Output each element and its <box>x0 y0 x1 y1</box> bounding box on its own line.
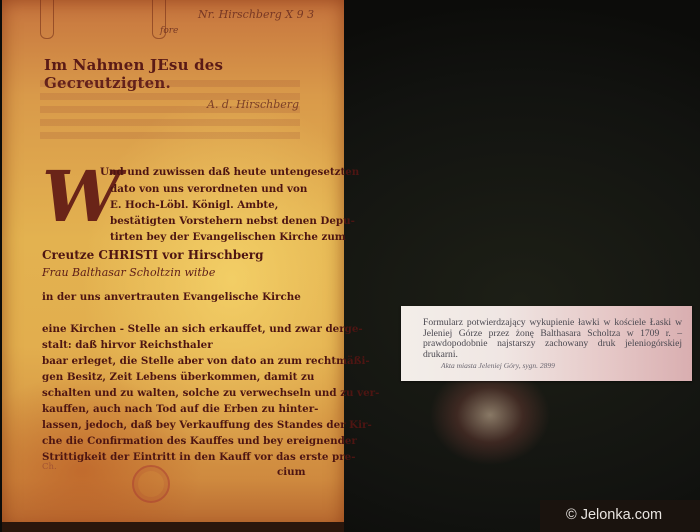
document-line: eine Kirchen - Stelle an sich erkauffet,… <box>42 323 363 335</box>
document-line: tirten bey der Evangelischen Kirche zum <box>110 231 346 243</box>
handwritten-margin-note: A. d. Hirschberg <box>207 98 299 111</box>
document-line: cium <box>277 466 306 478</box>
handwritten-note-left: fore <box>160 26 178 36</box>
document-line: baar erleget, die Stelle aber von dato a… <box>42 355 370 367</box>
caption-card: Formularz potwierdzający wykupienie ławk… <box>401 306 692 381</box>
document-line: Creutze CHRISTI vor Hirschberg <box>42 248 263 262</box>
decorative-initial: W <box>42 162 106 236</box>
handwritten-archive-number: Nr. Hirschberg X 9 3 <box>198 8 314 21</box>
bleed-through-text <box>40 80 300 142</box>
stamp-seal <box>132 465 170 503</box>
document-line: Strittigkeit der Eintritt in den Kauff v… <box>42 451 355 463</box>
document-line: E. Hoch-Löbl. Königl. Ambte, <box>110 199 278 211</box>
document-line: che die Confirmation des Kauffes und bey… <box>42 435 357 447</box>
copyright-watermark: © Jelonka.com <box>540 500 700 532</box>
caption-source: Akta miasta Jeleniej Góry, sygn. 2899 <box>441 361 682 370</box>
document-line: in der uns anvertrauten Evangelische Kir… <box>42 291 301 303</box>
document-line: gen Besitz, Zeit Lebens überkommen, dami… <box>42 371 314 383</box>
footer-mark: Ch. <box>42 462 57 472</box>
document-line: dato von uns verordneten und von <box>110 183 307 195</box>
paper-clip-left <box>40 0 54 39</box>
document-line: lassen, jedoch, daß bey Verkauffung des … <box>42 419 372 431</box>
handwritten-name: Frau Balthasar Scholtzin witbe <box>42 266 215 279</box>
document-line: stalt: daß hirvor Reichsthaler <box>42 339 213 351</box>
historical-document: Nr. Hirschberg X 9 3 fore Im Nahmen JEsu… <box>2 0 344 532</box>
caption-text: Formularz potwierdzający wykupienie ławk… <box>423 318 682 360</box>
document-line: bestätigten Vorstehern nebst denen Depu- <box>110 215 355 227</box>
document-line: kauffen, auch nach Tod auf die Erben zu … <box>42 403 318 415</box>
document-line: Und und zuwissen daß heute untengesetzte… <box>100 166 359 178</box>
document-line: schalten und zu walten, solche zu verwec… <box>42 387 379 399</box>
